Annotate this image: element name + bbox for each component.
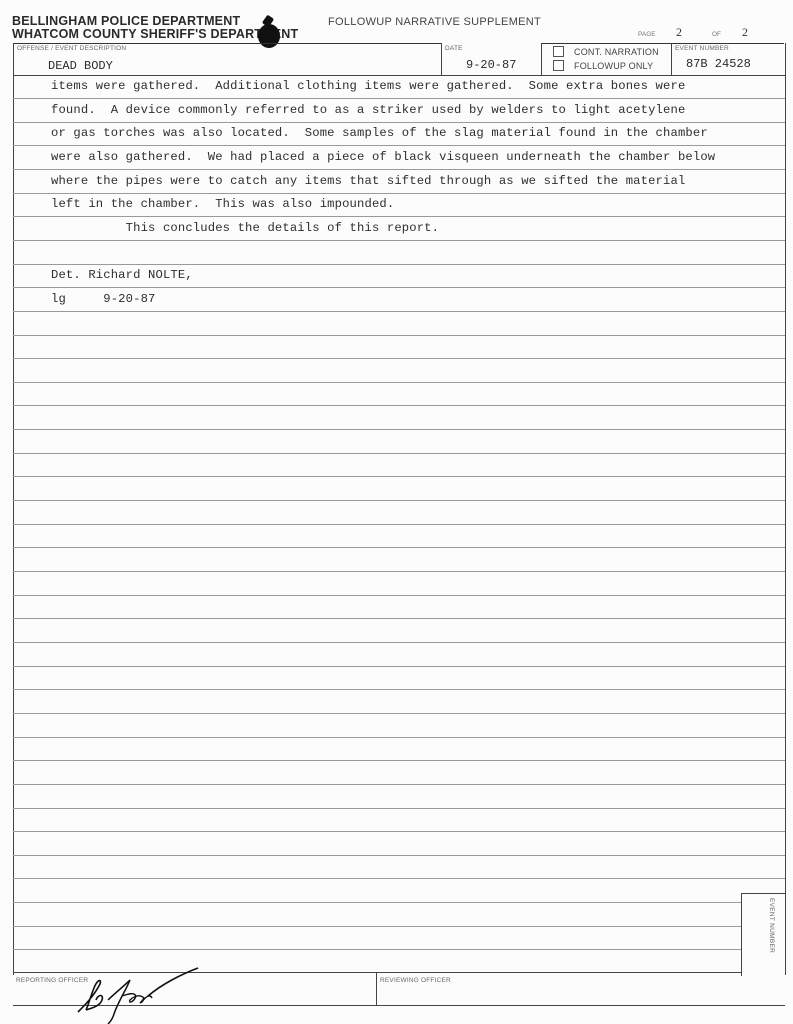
page-total: 2 [742,25,748,40]
ruled-line [13,193,785,194]
ruled-line [13,760,785,761]
date-value: 9-20-87 [466,58,516,72]
ruled-line [13,689,785,690]
ruled-line [13,713,785,714]
page-number: 2 [676,25,682,40]
narrative-line: or gas torches was also located. Some sa… [51,126,708,140]
ruled-line [13,311,785,312]
narrative-line: where the pipes were to catch any items … [51,174,685,188]
followup-only-checkbox[interactable] [553,60,564,71]
ruled-line [13,500,785,501]
offense-value: DEAD BODY [48,59,113,73]
ruled-line [13,642,785,643]
date-separator [441,43,442,75]
ruled-line [13,145,785,146]
ruled-line [13,405,785,406]
ruled-line [13,122,785,123]
officer-signature-icon [72,966,207,1024]
ruled-line [13,382,785,383]
ruled-line [13,476,785,477]
department-name-line2: WHATCOM COUNTY SHERIFF'S DEPARTMENT [12,27,298,41]
of-label: OF [712,31,721,38]
ruled-line [13,784,785,785]
ruled-line [13,287,785,288]
ruled-line [13,429,785,430]
event-number-value: 87B 24528 [686,57,751,71]
ruled-line [13,878,785,879]
ruled-line [13,98,785,99]
ruled-line [13,547,785,548]
ruled-line [13,926,741,927]
department-name-line1: BELLINGHAM POLICE DEPARTMENT [12,14,240,28]
ruled-line [13,358,785,359]
offense-label: OFFENSE / EVENT DESCRIPTION [17,45,126,52]
narrative-line: Det. Richard NOLTE, [51,268,193,282]
signature-separator [376,973,377,1005]
ruled-line [13,666,785,667]
reviewing-officer-label: REVIEWING OFFICER [380,977,451,984]
page-label: PAGE [638,31,656,38]
ruled-line [13,855,785,856]
cont-narration-checkbox[interactable] [553,46,564,57]
ruled-line [13,618,785,619]
ruled-line [13,240,785,241]
date-label: DATE [445,45,463,52]
ruled-line [13,453,785,454]
ruled-line [13,737,785,738]
form-title: FOLLOWUP NARRATIVE SUPPLEMENT [328,16,541,28]
checkbox-separator [541,43,542,75]
ruled-line [13,595,785,596]
side-event-number-label: EVENT NUMBER [768,898,775,953]
narrative-line: This concludes the details of this repor… [51,221,439,235]
followup-only-label: FOLLOWUP ONLY [574,61,653,71]
narrative-line: left in the chamber. This was also impou… [51,197,394,211]
ruled-line [13,264,785,265]
ruled-line [13,808,785,809]
header-bottom-border [13,75,785,76]
event-number-separator [671,43,672,75]
ruled-line [13,216,785,217]
narrative-line: were also gathered. We had placed a piec… [51,150,715,164]
ruled-line [13,524,785,525]
ruled-line [13,571,785,572]
ruled-line [13,831,785,832]
ruled-line [13,335,785,336]
ruled-line [13,949,741,950]
narrative-line: lg 9-20-87 [51,292,156,306]
narrative-line: found. A device commonly referred to as … [51,103,685,117]
ruled-line [13,169,785,170]
event-number-label: EVENT NUMBER [675,45,729,52]
cont-narration-label: CONT. NARRATION [574,47,659,57]
ruled-line [13,902,741,903]
side-event-number-box [741,893,785,976]
narrative-line: items were gathered. Additional clothing… [51,79,685,93]
